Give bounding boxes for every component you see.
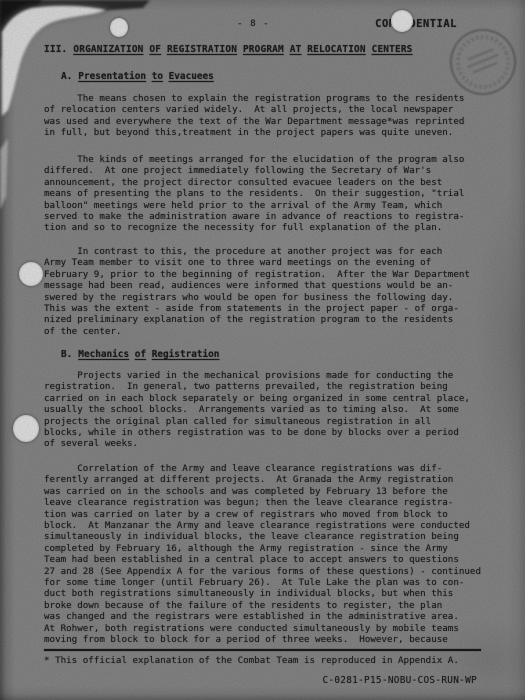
hole-punch <box>110 18 128 37</box>
subsection-heading-a: A.Presentation to Evacuees <box>44 71 481 82</box>
document-page: - 8 - CONFIDENTIAL III.ORGANIZATION OF R… <box>0 0 525 700</box>
subsection-title: Mechanics of Registration <box>78 349 219 360</box>
subsection-label: A. <box>61 71 72 82</box>
classification-label: CONFIDENTIAL <box>375 18 457 30</box>
footnote: * This official explanation of the Comba… <box>44 655 481 666</box>
paragraph: Projects varied in the mechanical provis… <box>44 370 481 450</box>
footnote-rule <box>44 649 481 651</box>
section-heading: III.ORGANIZATION OF REGISTRATION PROGRAM… <box>44 44 481 55</box>
paragraph: The means chosen to explain the registra… <box>44 93 481 139</box>
paragraph: Correlation of the Army and leave cleara… <box>44 463 481 646</box>
paragraph: The kinds of meetings arranged for the e… <box>44 154 481 234</box>
subsection-label: B. <box>61 349 72 360</box>
hole-punch <box>13 415 39 442</box>
subsection-heading-b: B.Mechanics of Registration <box>44 349 481 360</box>
text-column: - 8 - CONFIDENTIAL III.ORGANIZATION OF R… <box>44 0 481 700</box>
heading-numeral: III. <box>44 44 67 55</box>
page-number: - 8 - <box>237 18 270 29</box>
doc-reference-number: C-0281-P15-NOBU-COS-RUN-WP <box>44 675 481 686</box>
subsection-title: Presentation to Evacuees <box>78 71 214 82</box>
heading-title: ORGANIZATION OF REGISTRATION PROGRAM AT … <box>73 44 412 55</box>
hole-punch <box>391 10 413 32</box>
paragraph: In contrast to this, the procedure at an… <box>44 246 481 337</box>
hole-punch <box>19 262 43 286</box>
